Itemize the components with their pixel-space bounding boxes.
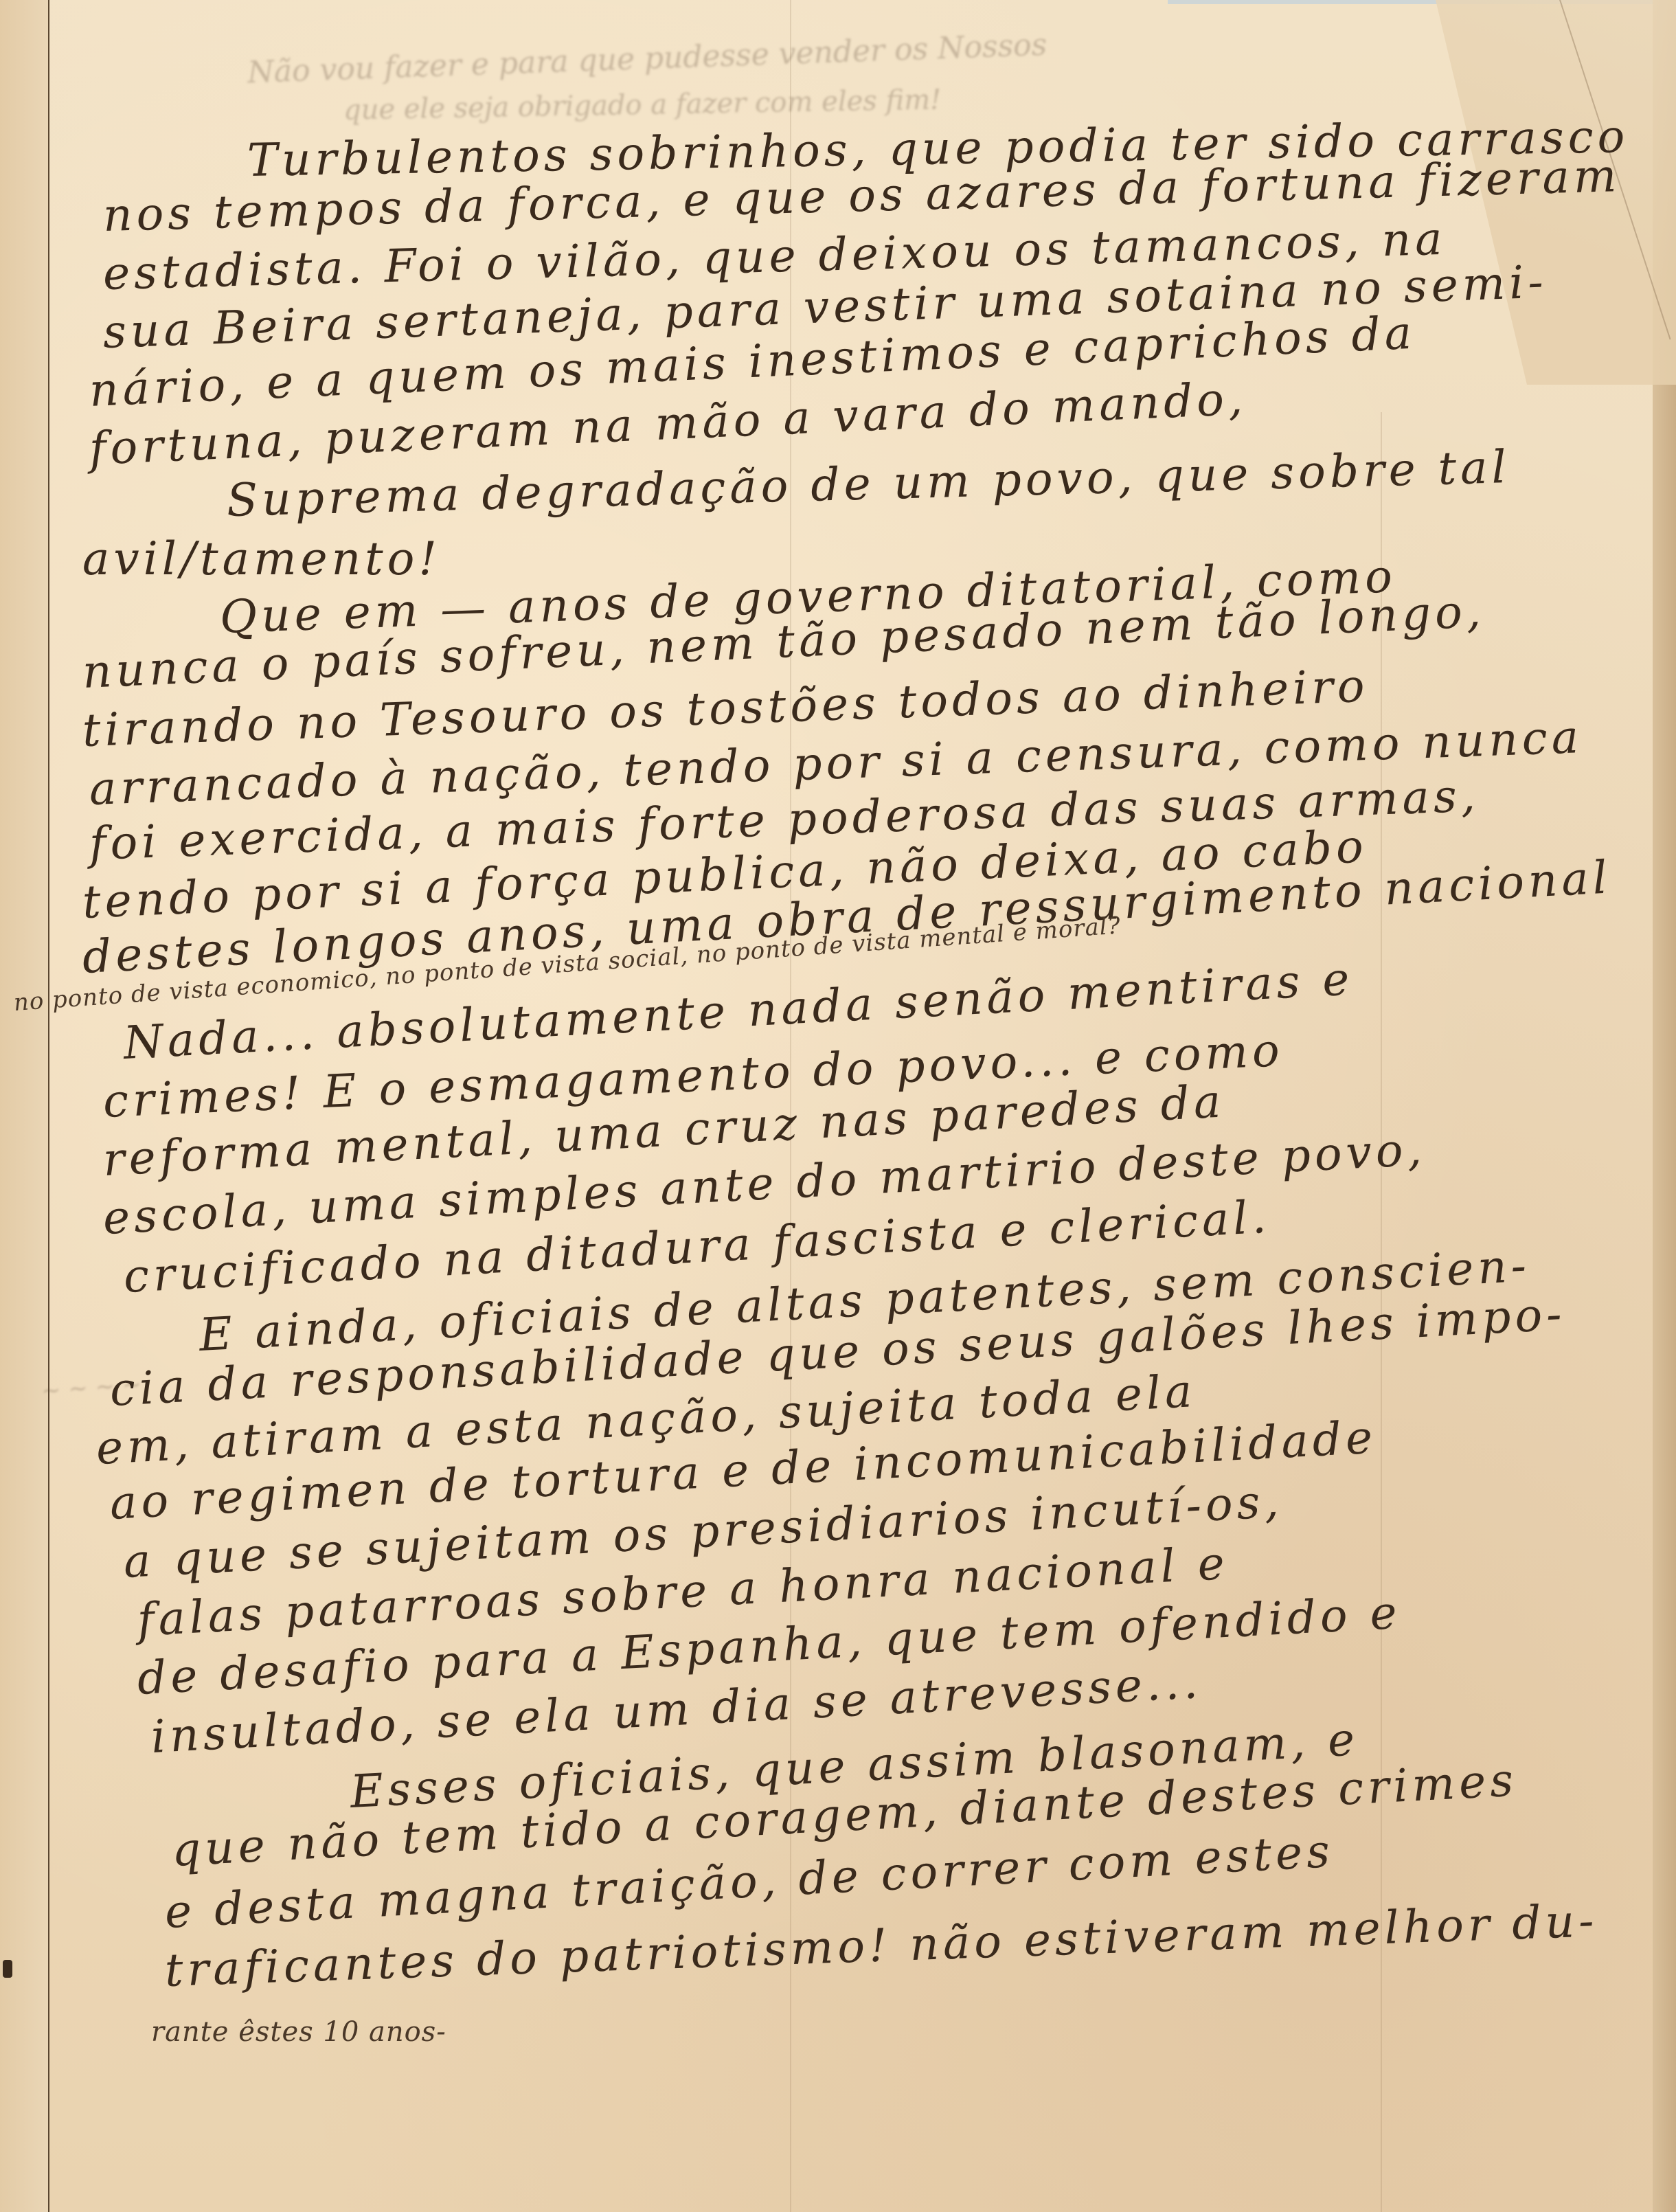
- manuscript-page: Não vou fazer e para que pudesse vender …: [0, 0, 1676, 2212]
- ink-blot: [3, 1960, 12, 1978]
- bleed-through-text: Não vou fazer e para que pudesse vender …: [247, 27, 1047, 91]
- bleed-through-text: que ele seja obrigado a fazer com eles f…: [343, 84, 942, 126]
- manuscript-line-continuation: rante êstes 10 anos-: [151, 2016, 446, 2048]
- manuscript-line: avil/tamento!: [82, 532, 441, 585]
- underlying-sheet-edge: [0, 0, 49, 2212]
